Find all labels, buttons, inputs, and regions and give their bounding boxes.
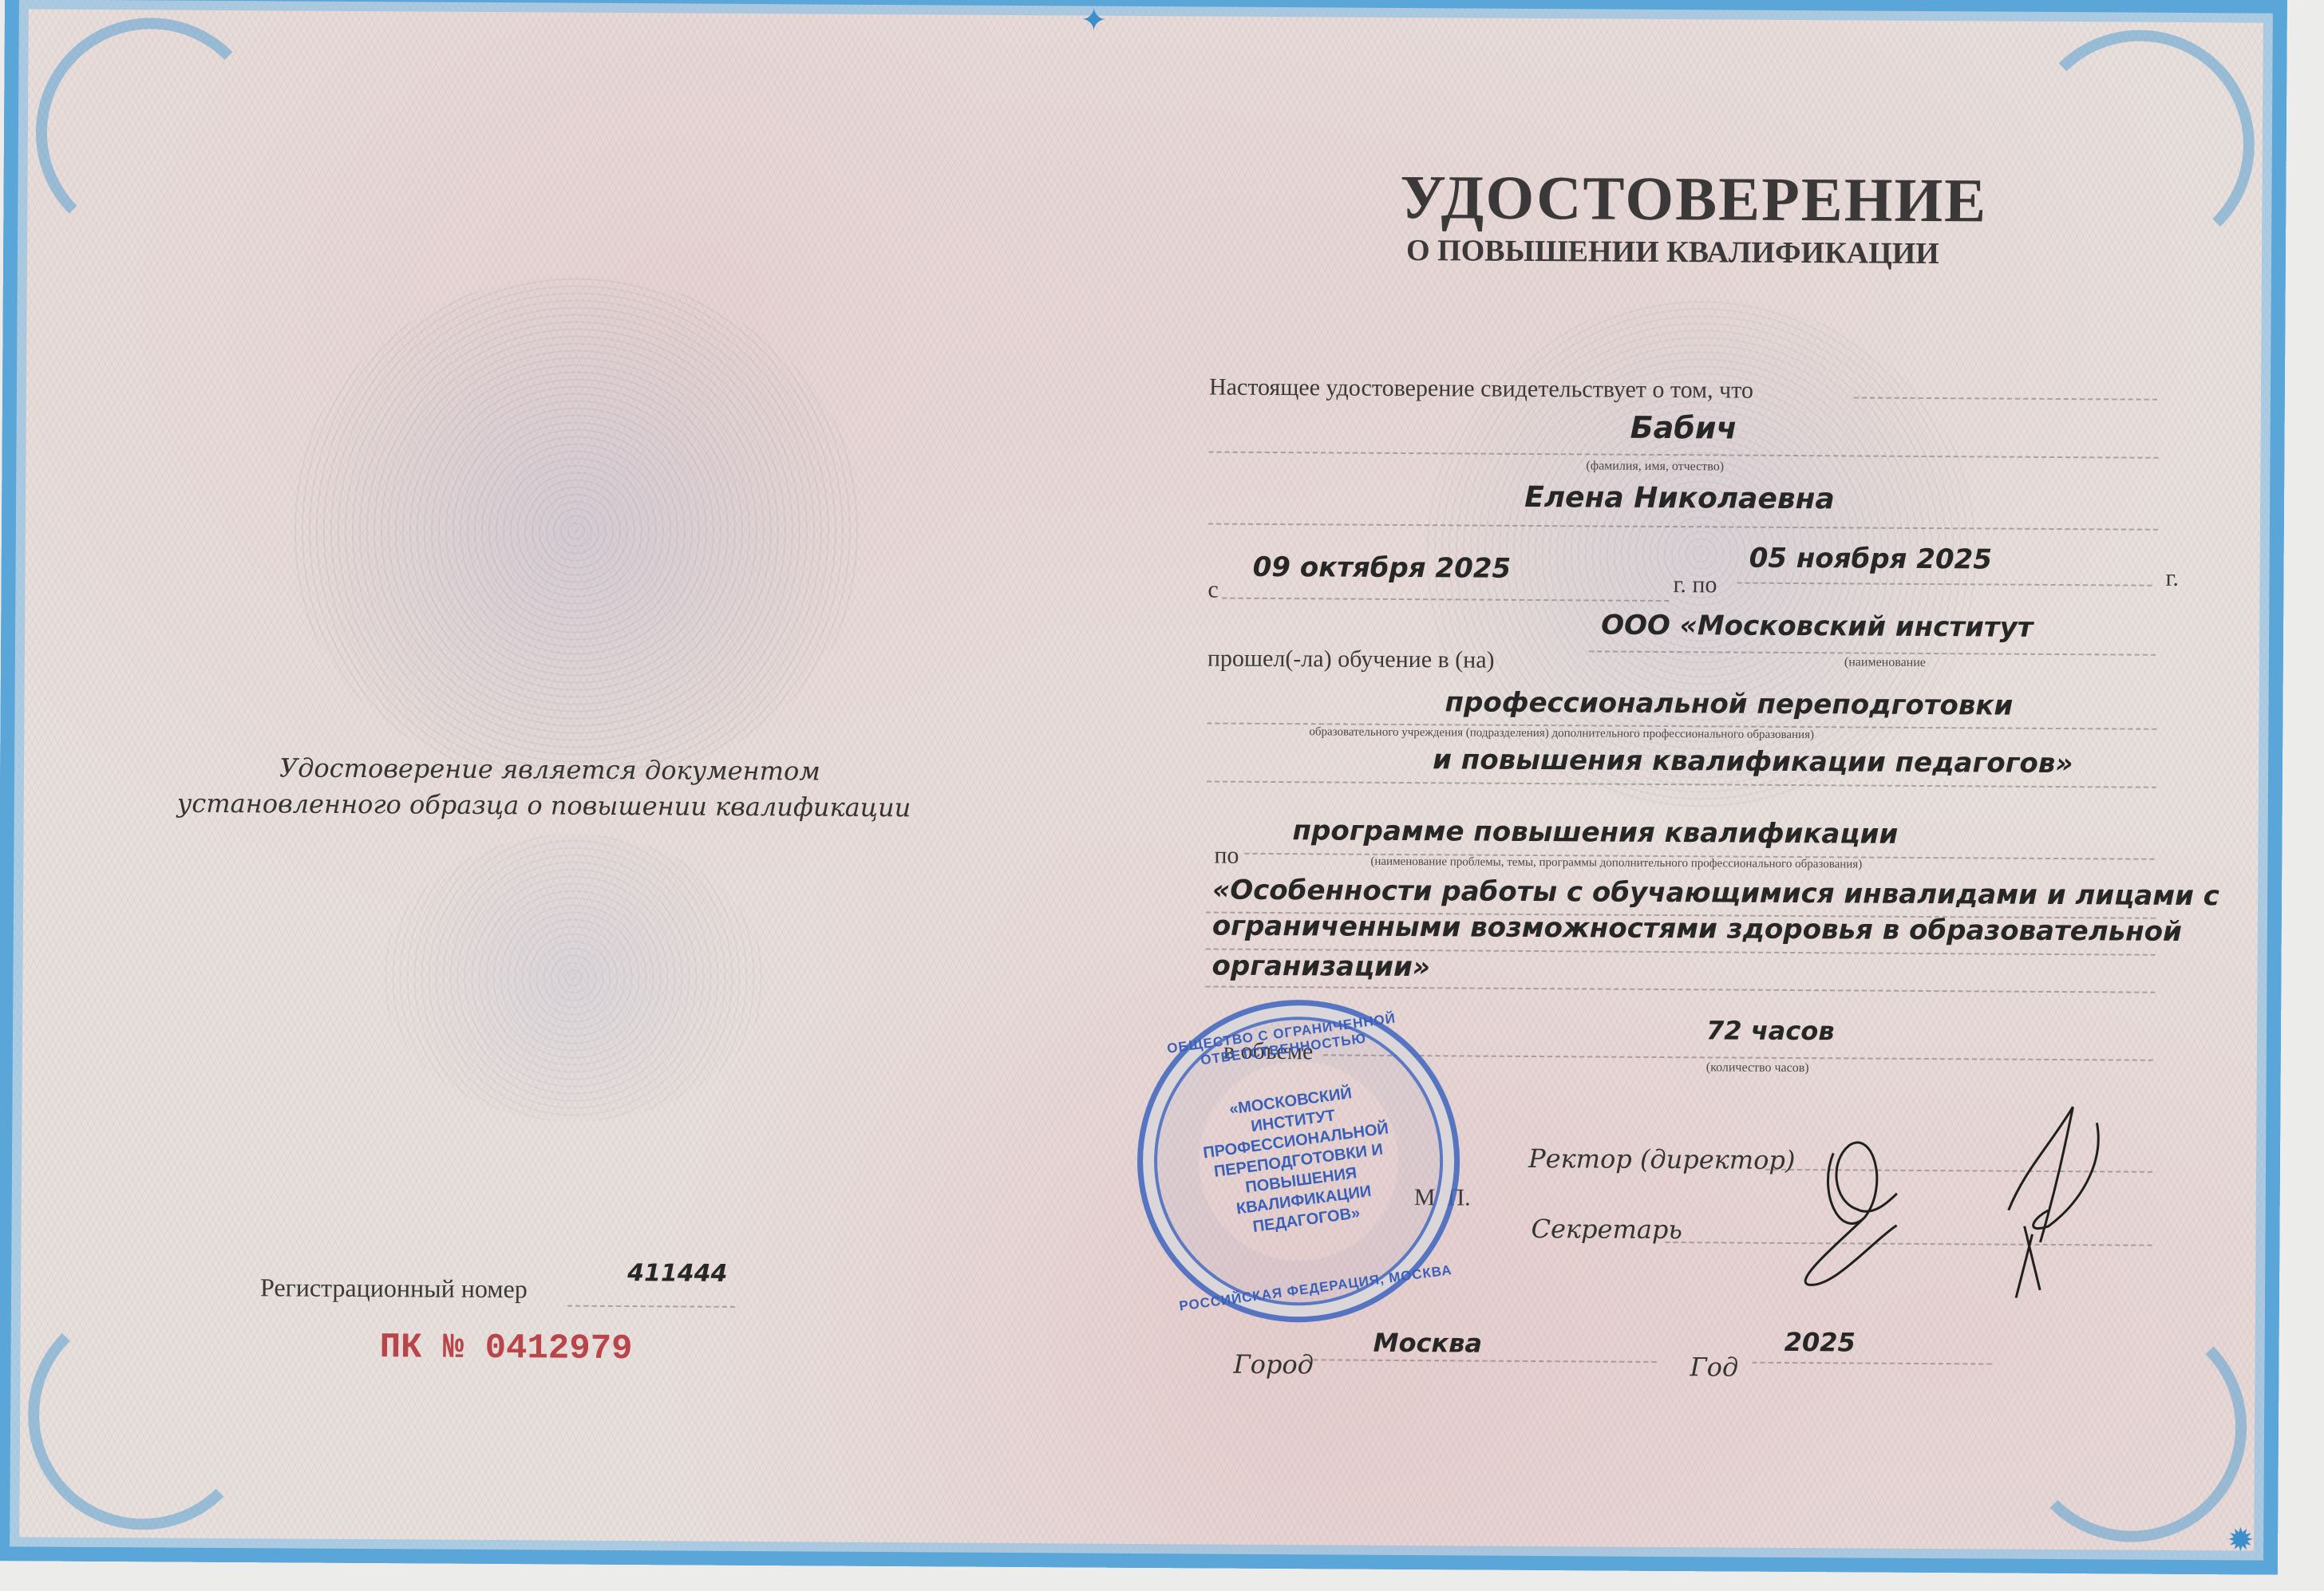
institution-line1: ООО «Московский институт — [1601, 610, 2033, 644]
period-end-label: г. — [2165, 565, 2179, 592]
institution-caption1: (наименование — [1844, 655, 1926, 670]
period-to-value: 05 ноября 2025 — [1749, 543, 1992, 576]
program-title-line2: ограниченными возможностями здоровья в о… — [1212, 910, 2182, 948]
star-ornament-icon: ✹ — [2227, 1521, 2255, 1558]
reg-number-label: Регистрационный номер — [260, 1273, 528, 1304]
institution-line3: и повышения квалификации педагогов» — [1433, 744, 2073, 780]
signature-scribbles — [1785, 1097, 2201, 1299]
seal-center-text: «МОСКОВСКИЙ ИНСТИТУТ ПРОФЕССИОНАЛЬНОЙ ПЕ… — [1187, 1078, 1411, 1244]
intro-text: Настоящее удостоверение свидетельствует … — [1209, 374, 1753, 405]
certificate-title: УДОСТОВЕРЕНИЕ — [1400, 161, 1987, 236]
program-label: по — [1214, 843, 1239, 870]
reg-number-value: 411444 — [627, 1259, 727, 1288]
name-caption: (фамилия, имя, отчество) — [1586, 459, 1724, 474]
certificate-subtitle: О ПОВЫШЕНИИ КВАЛИФИКАЦИИ — [1406, 233, 1939, 271]
city-value: Москва — [1373, 1328, 1483, 1359]
year-label: Год — [1690, 1352, 1738, 1382]
given-names: Елена Николаевна — [1524, 481, 1835, 515]
period-from-label: с — [1207, 577, 1219, 604]
period-mid-label: г. по — [1673, 571, 1717, 598]
program-line1: программе повышения квалификации — [1292, 815, 1898, 851]
institution-line2: профессиональной переподготовки — [1445, 686, 2013, 721]
certificate-sheet: ✦ ✹ Удостоверение является документом ус… — [0, 0, 2287, 1575]
rector-label: Ректор (директор) — [1528, 1143, 1796, 1175]
period-from-value: 09 октября 2025 — [1253, 551, 1512, 585]
serial-number: ПК № 0412979 — [379, 1328, 632, 1369]
year-value: 2025 — [1785, 1327, 1856, 1358]
volume-caption: (количество часов) — [1706, 1060, 1809, 1076]
corner-ornament-top-right — [2024, 30, 2255, 261]
left-lower-rosette-watermark — [381, 833, 765, 1123]
institution-label: прошел(-ла) обучение в (на) — [1207, 645, 1495, 674]
corner-ornament-top-left — [35, 18, 267, 249]
left-rosette-watermark — [287, 274, 865, 788]
star-ornament-icon: ✦ — [1081, 2, 1108, 39]
secretary-label: Секретарь — [1531, 1214, 1682, 1245]
surname: Бабич — [1630, 410, 1737, 446]
volume-value: 72 часов — [1706, 1015, 1835, 1046]
corner-ornament-bottom-right — [2016, 1312, 2247, 1543]
left-note-line1: Удостоверение является документом — [279, 752, 820, 786]
left-note-line2: установленного образца о повышении квали… — [177, 788, 911, 823]
corner-ornament-bottom-left — [27, 1299, 259, 1530]
city-label: Город — [1233, 1349, 1314, 1380]
program-title-line3: организации» — [1211, 950, 1430, 984]
program-title-line1: «Особенности работы с обучающимися инвал… — [1212, 874, 2219, 913]
